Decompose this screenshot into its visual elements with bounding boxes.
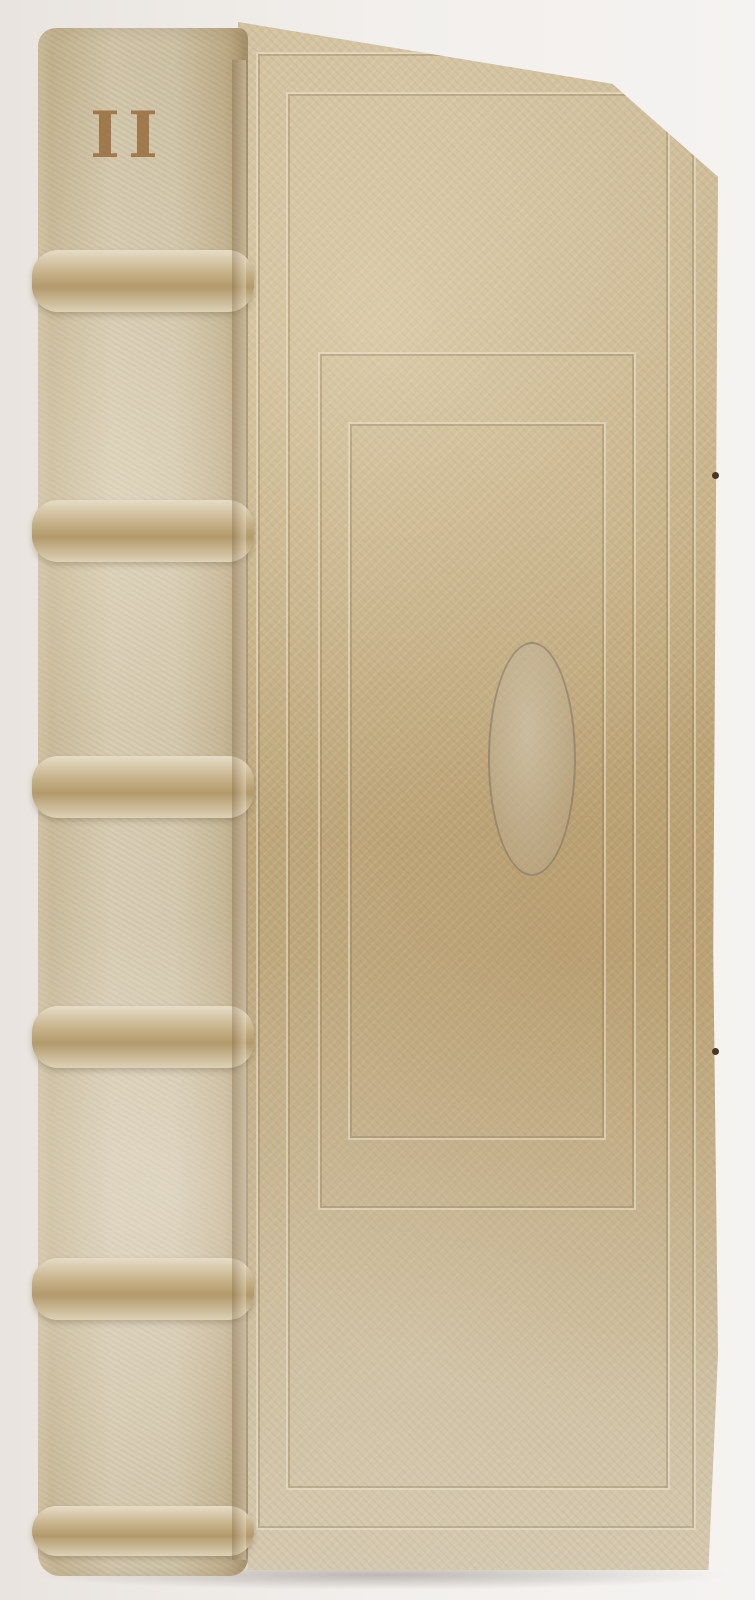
- spine-raised-band: [32, 250, 254, 312]
- book-front-cover: [238, 22, 718, 1570]
- spine-raised-band: [32, 756, 254, 818]
- clasp-pin-upper: [712, 472, 719, 479]
- book-spine: II: [38, 28, 248, 1576]
- spine-volume-label: II: [90, 98, 166, 173]
- spine-tail-band: [32, 1506, 254, 1556]
- cover-oval-medallion: [488, 642, 576, 876]
- clasp-pin-lower: [712, 1048, 719, 1055]
- spine-joint: [232, 60, 246, 1560]
- spine-raised-band: [32, 500, 254, 562]
- spine-raised-band: [32, 1258, 254, 1320]
- spine-raised-band: [32, 1006, 254, 1068]
